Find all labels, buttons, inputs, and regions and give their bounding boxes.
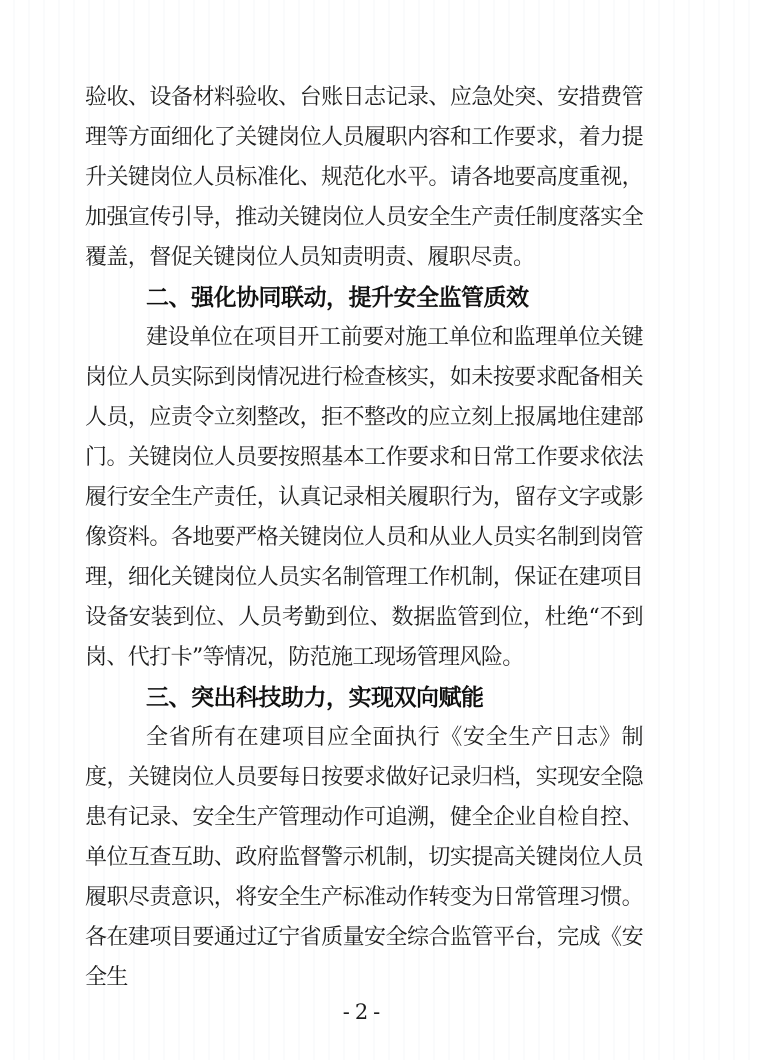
document-body: 验收、设备材料验收、台账日志记录、应急处突、安措费管理等方面细化了关键岗位人员履… (85, 78, 643, 998)
section-heading-3: 三、突出科技助力，实现双向赋能 (85, 678, 643, 718)
paragraph-continuation: 验收、设备材料验收、台账日志记录、应急处突、安措费管理等方面细化了关键岗位人员履… (85, 78, 643, 278)
document-page: 验收、设备材料验收、台账日志记录、应急处突、安措费管理等方面细化了关键岗位人员履… (0, 0, 758, 1060)
section-heading-2: 二、强化协同联动，提升安全监管质效 (85, 278, 643, 318)
page-number: -2- (85, 1000, 643, 1024)
section-3-paragraph: 全省所有在建项目应全面执行《安全生产日志》制度，关键岗位人员要每日按要求做好记录… (85, 718, 643, 998)
section-2-paragraph: 建设单位在项目开工前要对施工单位和监理单位关键岗位人员实际到岗情况进行检查核实，… (85, 318, 643, 678)
